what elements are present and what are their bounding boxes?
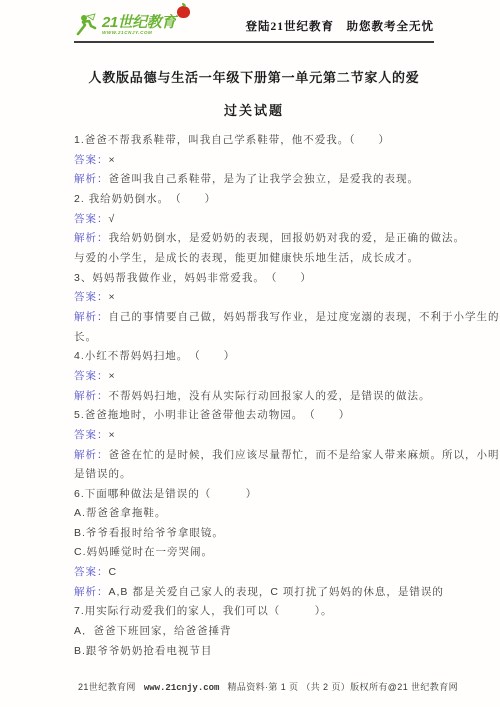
- answer-5: 答案：×: [74, 430, 434, 441]
- footer-site-url: www.21cnjy.com: [144, 683, 220, 693]
- answer-4: 答案：×: [74, 371, 434, 382]
- answer-2: 答案：√: [74, 214, 434, 225]
- question-7-option-b: B.跟爷爷奶奶抢看电视节目: [74, 646, 434, 657]
- explanation-3-continued: 长。: [74, 332, 434, 343]
- explanation-6: 解析：A,B 都是关爱自己家人的表现，C 项打扰了妈妈的休息，是错误的: [74, 587, 434, 598]
- answer-6-text: C: [109, 566, 118, 578]
- question-6-option-b-text: B.爷爷看报时给爷爷拿眼镜。: [74, 527, 224, 539]
- question-7-text: 7.用实际行动爱我们的家人，我们可以（ ）。: [74, 605, 333, 617]
- explanation-2: 解析：我给奶奶倒水，是爱奶奶的表现，回报奶奶对我的爱，是正确的做法。: [74, 233, 434, 244]
- header-slogan: 登陆21世纪教育 助您教考全无忧: [246, 18, 435, 38]
- answer-5-label: 答案：: [74, 429, 109, 441]
- explanation-5-label: 解析：: [74, 449, 109, 461]
- page-subtitle: 过关试题: [74, 100, 434, 119]
- question-1: 1.爸爸不帮我系鞋带，叫我自己学系鞋带，他不爱我。（ ）: [74, 135, 434, 146]
- explanation-4: 解析：不帮妈妈扫地，没有从实际行动回报家人的爱，是错误的做法。: [74, 391, 434, 402]
- explanation-5-continued: 是错误的。: [74, 469, 434, 480]
- brand-url-small: WWW.21CNJY.COM: [102, 31, 176, 36]
- explanation-6-text: A,B 都是关爱自己家人的表现，C 项打扰了妈妈的休息，是错误的: [109, 586, 444, 598]
- question-6-option-c-text: C.妈妈睡觉时在一旁哭闹。: [74, 546, 213, 558]
- question-5: 5.爸爸拖地时，小明非让爸爸带他去动物园。 （ ）: [74, 410, 434, 421]
- explanation-3-continued-text: 长。: [74, 331, 97, 343]
- page-header: 21世纪教育 WWW.21CNJY.COM 登陆21世纪教育 助您教考全无忧: [74, 12, 434, 38]
- explanation-3-label: 解析：: [74, 311, 109, 323]
- explanation-6-label: 解析：: [74, 586, 109, 598]
- question-6-option-a-text: A.帮爸爸拿拖鞋。: [74, 507, 166, 519]
- answer-2-text: √: [109, 213, 116, 225]
- answer-3-label: 答案：: [74, 291, 109, 303]
- answer-3: 答案：×: [74, 292, 434, 303]
- answer-6-label: 答案：: [74, 566, 109, 578]
- explanation-5: 解析：爸爸在忙的是时候，我们应该尽量帮忙，而不是给家人带来麻烦。所以，小明的做法: [74, 450, 434, 461]
- question-list: 1.爸爸不帮我系鞋带，叫我自己学系鞋带，他不爱我。（ ）答案：×解析：爸爸叫我自…: [74, 135, 434, 665]
- brand-name: 21世纪教育: [102, 15, 176, 30]
- question-6-option-a: A.帮爸爸拿拖鞋。: [74, 508, 434, 519]
- question-7-option-a-text: A．爸爸下班回家，给爸爸捶背: [74, 625, 232, 637]
- brand-logo: 21世纪教育 WWW.21CNJY.COM: [74, 12, 192, 38]
- explanation-1-label: 解析：: [74, 173, 109, 185]
- question-6: 6.下面哪种做法是错误的（ ）: [74, 489, 434, 500]
- answer-6: 答案：C: [74, 567, 434, 578]
- answer-5-text: ×: [109, 429, 116, 441]
- question-3: 3、妈妈帮我做作业，妈妈非常爱我。 （ ）: [74, 273, 434, 284]
- question-5-text: 5.爸爸拖地时，小明非让爸爸带他去动物园。 （ ）: [74, 409, 350, 421]
- answer-1-text: ×: [109, 154, 116, 166]
- explanation-4-label: 解析：: [74, 390, 109, 402]
- explanation-2-text: 我给奶奶倒水，是爱奶奶的表现，回报奶奶对我的爱，是正确的做法。: [109, 232, 466, 244]
- footer-site-name: 21世纪教育网: [78, 682, 136, 692]
- brand-text-block: 21世纪教育 WWW.21CNJY.COM: [102, 15, 176, 36]
- answer-3-text: ×: [109, 291, 116, 303]
- question-6-text: 6.下面哪种做法是错误的（ ）: [74, 488, 257, 500]
- question-2: 2. 我给奶奶倒水。 （ ）: [74, 194, 434, 205]
- explanation-2-continued-text: 与爱的小学生，是成长的表现，能更加健康快乐地生活，成长成才。: [74, 252, 419, 264]
- question-4: 4.小红不帮妈妈扫地。 （ ）: [74, 351, 434, 362]
- footer-copyright: 精品资料·第 1 页 （共 2 页）版权所有@21 世纪教育网: [227, 682, 458, 692]
- question-7: 7.用实际行动爱我们的家人，我们可以（ ）。: [74, 606, 434, 617]
- explanation-2-continued: 与爱的小学生，是成长的表现，能更加健康快乐地生活，成长成才。: [74, 253, 434, 264]
- header-divider: [74, 41, 434, 43]
- explanation-3-text: 自己的事情要自己做，妈妈帮我写作业，是过度宠溺的表现，不利于小学生的健康成: [109, 311, 500, 323]
- explanation-3: 解析：自己的事情要自己做，妈妈帮我写作业，是过度宠溺的表现，不利于小学生的健康成: [74, 312, 434, 323]
- answer-1-label: 答案：: [74, 154, 109, 166]
- answer-4-label: 答案：: [74, 370, 109, 382]
- question-6-option-b: B.爷爷看报时给爷爷拿眼镜。: [74, 528, 434, 539]
- question-6-option-c: C.妈妈睡觉时在一旁哭闹。: [74, 547, 434, 558]
- page-footer: 21世纪教育网www.21cnjy.com精品资料·第 1 页 （共 2 页）版…: [74, 680, 434, 693]
- explanation-5-text: 爸爸在忙的是时候，我们应该尽量帮忙，而不是给家人带来麻烦。所以，小明的做法: [109, 449, 500, 461]
- answer-2-label: 答案：: [74, 213, 109, 225]
- runner-icon: [74, 12, 100, 38]
- question-3-text: 3、妈妈帮我做作业，妈妈非常爱我。 （ ）: [74, 272, 312, 284]
- question-7-option-b-text: B.跟爷爷奶奶抢看电视节目: [74, 645, 212, 657]
- answer-4-text: ×: [109, 370, 116, 382]
- question-2-text: 2. 我给奶奶倒水。 （ ）: [74, 193, 216, 205]
- explanation-1-text: 爸爸叫我自己系鞋带，是为了让我学会独立，是爱我的表现。: [109, 173, 420, 185]
- question-7-option-a: A．爸爸下班回家，给爸爸捶背: [74, 626, 434, 637]
- explanation-4-text: 不帮妈妈扫地，没有从实际行动回报家人的爱，是错误的做法。: [109, 390, 431, 402]
- explanation-1: 解析：爸爸叫我自己系鞋带，是为了让我学会独立，是爱我的表现。: [74, 174, 434, 185]
- document-page: 21世纪教育 WWW.21CNJY.COM 登陆21世纪教育 助您教考全无忧 人…: [0, 0, 500, 707]
- page-title: 人教版品德与生活一年级下册第一单元第二节家人的爱: [74, 67, 434, 86]
- apple-icon: [177, 6, 190, 18]
- question-1-text: 1.爸爸不帮我系鞋带，叫我自己学系鞋带，他不爱我。（ ）: [74, 134, 390, 146]
- explanation-5-continued-text: 是错误的。: [74, 468, 132, 480]
- question-4-text: 4.小红不帮妈妈扫地。 （ ）: [74, 350, 235, 362]
- answer-1: 答案：×: [74, 155, 434, 166]
- explanation-2-label: 解析：: [74, 232, 109, 244]
